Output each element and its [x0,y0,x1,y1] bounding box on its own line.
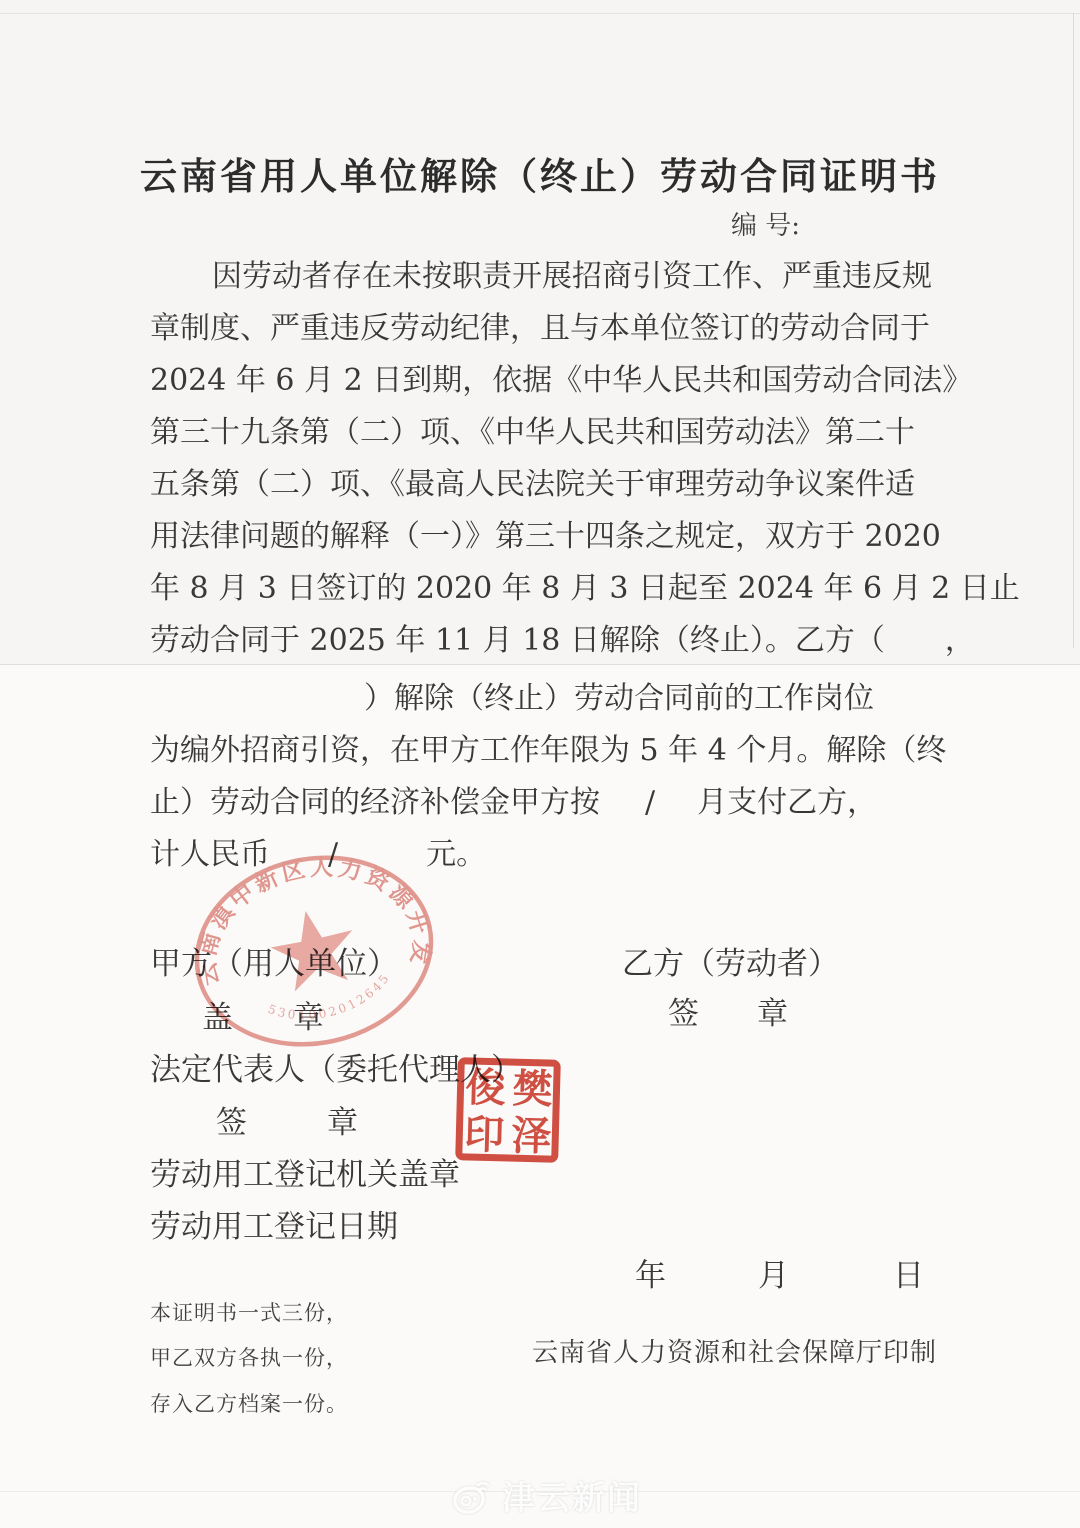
body-line-1: 因劳动者存在未按职责开展招商引资工作、严重违反规 [150,251,950,303]
news-watermark: 津云新闻 [450,1472,642,1519]
document-title: 云南省用人单位解除（终止）劳动合同证明书 [0,146,1080,200]
footer-note-3: 存入乙方档案一份。 [150,1388,348,1418]
scanned-certificate-page: 云南省用人单位解除（终止）劳动合同证明书 编 号: 因劳动者存在未按职责开展招商… [0,0,1080,1528]
registry-seal-label: 劳动用工登记机关盖章 [150,1149,460,1194]
body-line-6: 用法律问题的解释（一）》第三十四条之规定，双方于 2020 [150,511,950,563]
body-paragraph: 因劳动者存在未按职责开展招商引资工作、严重违反规章制度、严重违反劳动纪律，且与本… [150,251,950,881]
printed-by-label: 云南省人力资源和社会保障厅印制 [532,1332,937,1369]
name-stamp-char-top-left: 俊 [465,1064,506,1112]
body-line-9: ）解除（终止）劳动合同前的工作岗位 [150,673,950,725]
personal-name-stamp: 俊 樊 印 泽 [453,1055,564,1166]
document-number-label: 编 号: [731,205,800,242]
name-stamp-char-bottom-right: 泽 [511,1112,552,1160]
watermark-text: 津云新闻 [502,1472,642,1519]
page-edge-top [0,13,1080,14]
page-edge-right [1073,13,1074,648]
name-stamp-char-top-right: 樊 [512,1065,553,1113]
registry-date-label: 劳动用工登记日期 [150,1201,398,1246]
weibo-eye-icon [450,1476,494,1516]
body-line-10: 为编外招商引资，在甲方工作年限为 5 年 4 个月。解除（终 [150,725,950,777]
footer-note-2: 甲乙双方各执一份， [150,1342,348,1372]
body-line-3: 2024 年 6 月 2 日到期，依据《中华人民共和国劳动合同法》 [150,355,950,407]
body-line-4: 第三十九条第（二）项、《中华人民共和国劳动法》第二十 [150,407,950,459]
legal-representative-sign-label: 签章 [216,1097,358,1142]
footer-note-1: 本证明书一式三份， [150,1297,348,1327]
date-year-month-day-line: 年月日 [635,1250,924,1295]
body-line-2: 章制度、严重违反劳动纪律，且与本单位签订的劳动合同于 [150,303,950,355]
body-line-5: 五条第（二）项、《最高人民法院关于审理劳动争议案件适 [150,459,950,511]
body-line-11: 止）劳动合同的经济补偿金甲方按/月支付乙方， [150,777,950,829]
party-b-label: 乙方（劳动者） [622,938,839,983]
name-stamp-char-bottom-left: 印 [464,1111,505,1159]
round-stamp-star-icon [265,902,363,994]
body-line-8: 劳动合同于 2025 年 11 月 18 日解除（终止）。乙方（， [150,615,950,667]
body-line-7: 年 8 月 3 日签订的 2020 年 8 月 3 日起至 2024 年 6 月… [150,563,950,615]
party-b-sign-label: 签章 [668,988,788,1033]
